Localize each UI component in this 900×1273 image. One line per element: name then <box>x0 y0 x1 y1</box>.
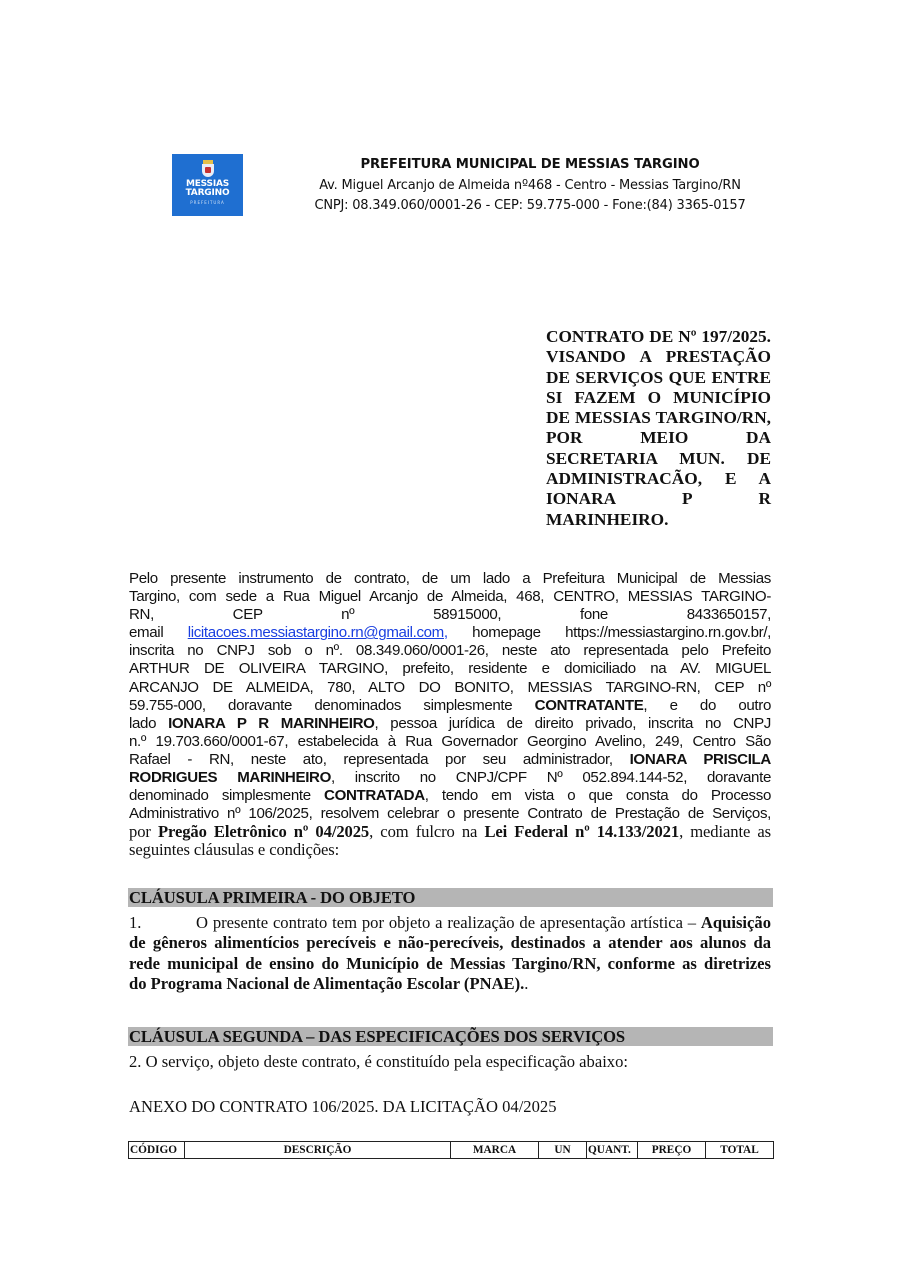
ementa-line: CONTRATO DE Nº 197/2025. <box>546 327 771 347</box>
email-link[interactable]: licitacoes.messiastargino.rn@gmail.com, <box>188 624 448 641</box>
letterhead-contact: CNPJ: 08.349.060/0001-26 - CEP: 59.775-0… <box>280 198 780 213</box>
col-total: TOTAL <box>706 1142 774 1159</box>
intro-line: ARTHUR DE OLIVEIRA TARGINO, prefeito, re… <box>129 660 771 678</box>
annex-title: ANEXO DO CONTRATO 106/2025. DA LICITAÇÃO… <box>129 1097 557 1117</box>
intro-line: n.º 19.703.660/0001-67, estabelecida à R… <box>129 733 771 751</box>
ementa-line: DE SERVIÇOS QUE ENTRE <box>546 368 771 388</box>
contratada-label: CONTRATADA <box>324 787 425 804</box>
intro-line: Targino, com sede a Rua Miguel Arcanjo d… <box>129 588 771 606</box>
intro-line: RN, CEP nº 58915000, fone 8433650157, <box>129 606 771 624</box>
logo-line-2: TARGINO <box>186 189 230 198</box>
contract-page: MESSIAS TARGINO PREFEITURA PREFEITURA MU… <box>0 0 900 1273</box>
intro-line: Administrativo nº 106/2025, resolvem cel… <box>129 805 771 823</box>
intro-line: Pelo presente instrumento de contrato, d… <box>129 570 771 588</box>
clause-2-text: 2. O serviço, objeto deste contrato, é c… <box>129 1052 628 1072</box>
intro-line: ARCANJO DE ALMEIDA, 780, ALTO DO BONITO,… <box>129 679 771 697</box>
intro-line: RODRIGUES MARINHEIRO, inscrito no CNPJ/C… <box>129 769 771 787</box>
municipal-crest-icon <box>200 160 216 178</box>
ementa-line: SECRETARIA MUN. DE <box>546 449 771 469</box>
ementa-line: VISANDO A PRESTAÇÃO <box>546 347 771 367</box>
intro-line: por Pregão Eletrônico nº 04/2025, com fu… <box>129 823 771 841</box>
table-header-row: CÓDIGO DESCRIÇÃO MARCA UN QUANT. PREÇO T… <box>129 1142 774 1159</box>
col-preco: PREÇO <box>638 1142 706 1159</box>
intro-line: email licitacoes.messiastargino.rn@gmail… <box>129 624 771 642</box>
admin-name: RODRIGUES MARINHEIRO <box>129 769 331 786</box>
intro-line: seguintes cláusulas e condições: <box>129 841 771 859</box>
intro-line: Rafael - RN, neste ato, representada por… <box>129 751 771 769</box>
letterhead-title: PREFEITURA MUNICIPAL DE MESSIAS TARGINO <box>280 157 780 172</box>
contratante-label: CONTRATANTE <box>535 697 644 714</box>
ementa-line: MARINHEIRO. <box>546 510 771 530</box>
clause-1-text: 1.O presente contrato tem por objeto a r… <box>129 913 771 994</box>
ementa-line: SI FAZEM O MUNICÍPIO <box>546 388 771 408</box>
contratada-name: IONARA P R MARINHEIRO <box>168 715 374 732</box>
prefeitura-logo: MESSIAS TARGINO PREFEITURA <box>172 154 243 216</box>
ementa-line: POR MEIO DA <box>546 428 771 448</box>
intro-line: lado IONARA P R MARINHEIRO, pessoa juríd… <box>129 715 771 733</box>
logo-line-3: PREFEITURA <box>190 200 224 205</box>
pregao-reference: Pregão Eletrônico nº 04/2025 <box>158 822 369 841</box>
col-codigo: CÓDIGO <box>129 1142 185 1159</box>
items-table: CÓDIGO DESCRIÇÃO MARCA UN QUANT. PREÇO T… <box>128 1141 774 1159</box>
clause-1-heading: CLÁUSULA PRIMEIRA - DO OBJETO <box>128 888 773 907</box>
ementa-line: IONARA P R <box>546 489 771 509</box>
intro-line: denominado simplesmente CONTRATADA, tend… <box>129 787 771 805</box>
col-quant: QUANT. <box>587 1142 638 1159</box>
intro-line: inscrita no CNPJ sob o nº. 08.349.060/00… <box>129 642 771 660</box>
law-reference: Lei Federal nº 14.133/2021 <box>484 822 679 841</box>
contract-ementa: CONTRATO DE Nº 197/2025. VISANDO A PREST… <box>546 327 771 530</box>
col-descricao: DESCRIÇÃO <box>185 1142 451 1159</box>
ementa-line: ADMINISTRACÃO, E A <box>546 469 771 489</box>
intro-paragraph: Pelo presente instrumento de contrato, d… <box>129 570 771 860</box>
col-un: UN <box>539 1142 587 1159</box>
letterhead-address: Av. Miguel Arcanjo de Almeida nº468 - Ce… <box>280 178 780 193</box>
admin-name: IONARA PRISCILA <box>630 751 771 768</box>
clause-2-heading: CLÁUSULA SEGUNDA – DAS ESPECIFICAÇÕES DO… <box>128 1027 773 1046</box>
ementa-line: DE MESSIAS TARGINO/RN, <box>546 408 771 428</box>
intro-line: 59.755-000, doravante denominados simple… <box>129 697 771 715</box>
col-marca: MARCA <box>451 1142 539 1159</box>
clause-number: 1. <box>129 913 196 933</box>
